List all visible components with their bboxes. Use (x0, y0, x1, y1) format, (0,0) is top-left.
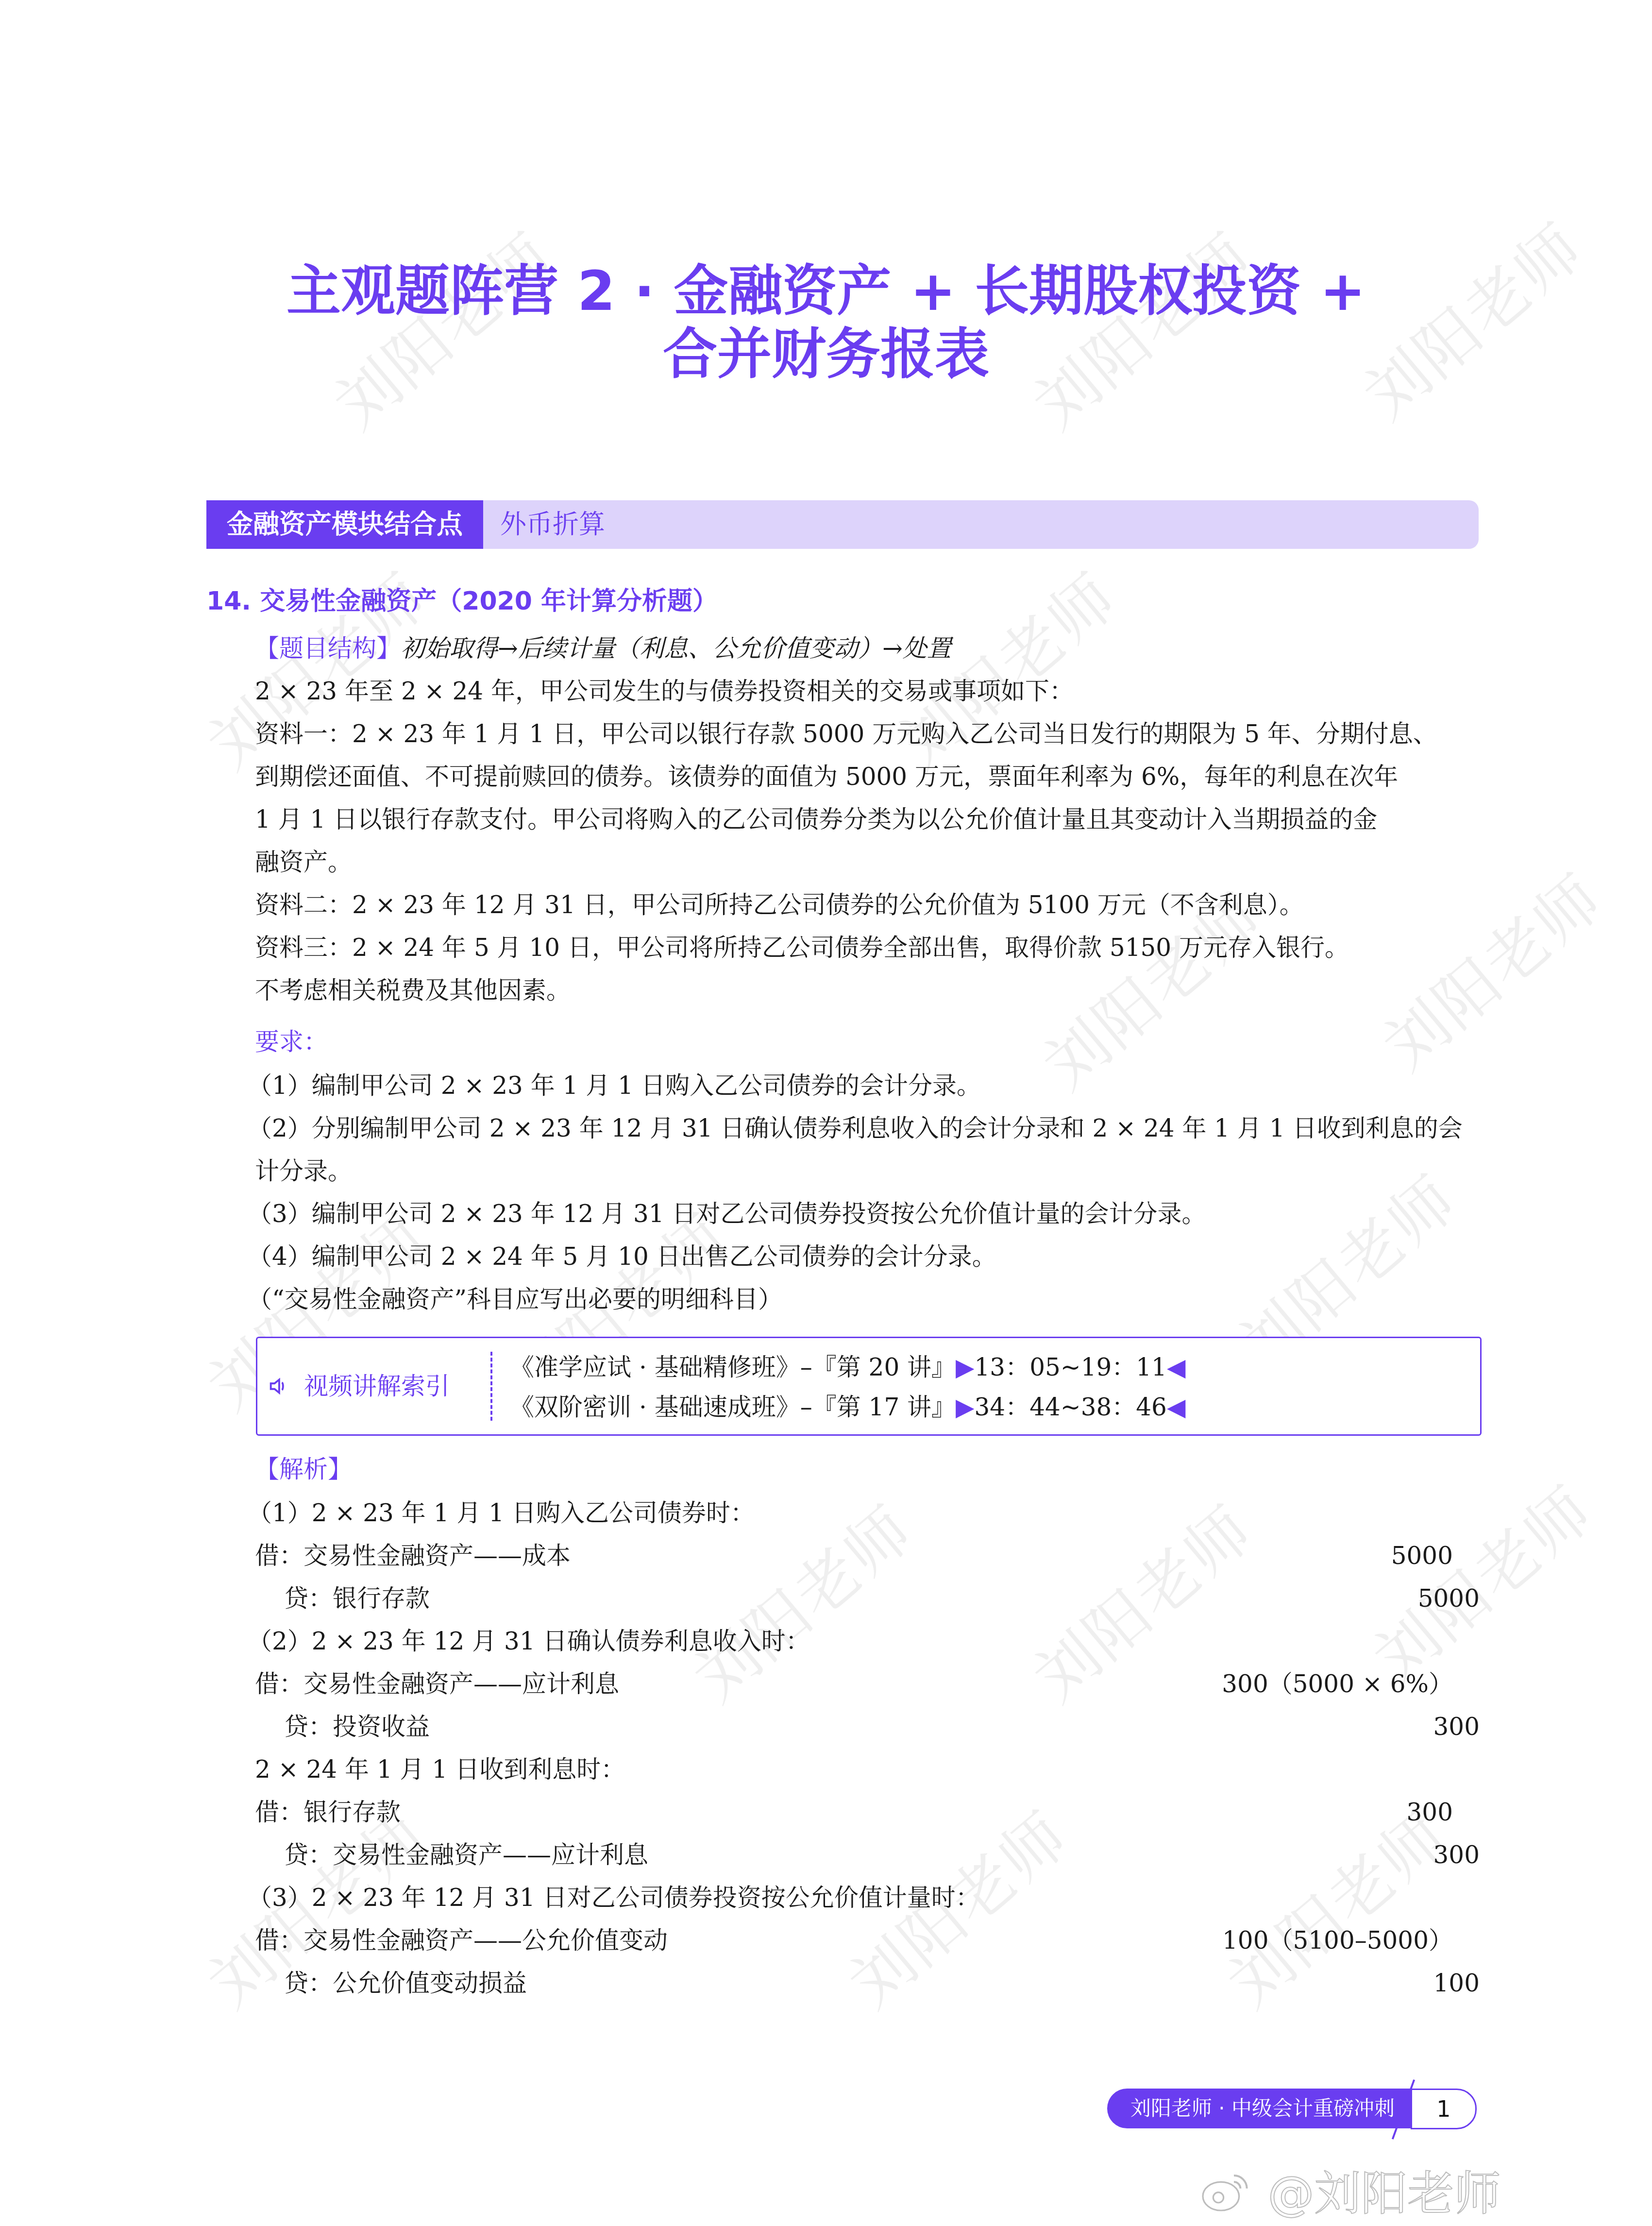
analysis-row: （1）2 × 23 年 1 月 1 日购入乙公司债券时： (248, 1498, 755, 1528)
watermark: 刘阳老师 (876, 549, 1133, 786)
requirement-item: （4）编制甲公司 2 × 24 年 5 月 10 日出售乙公司债券的会计分录。 (248, 1242, 996, 1271)
weibo-watermark: @刘阳老师 (1199, 2157, 1501, 2223)
video-course: 《双阶密训 · 基础速成班》–『第 17 讲』 (510, 1393, 956, 1421)
journal-debit: 借：交易性金融资产——应计利息 (255, 1669, 619, 1699)
journal-amount: 300 (1407, 1798, 1453, 1827)
section-tag: 金融资产模块结合点 (206, 500, 483, 549)
question-structure: 【题目结构】初始取得→后续计量（利息、公允价值变动）→处置 (255, 634, 951, 663)
weibo-handle: @刘阳老师 (1268, 2166, 1501, 2221)
video-time: 34：44~38：46 (975, 1393, 1167, 1421)
journal-amount: 300 (1433, 1712, 1480, 1741)
analysis-row: （3）2 × 23 年 12 月 31 日对乙公司债券投资按公允价值计量时： (248, 1883, 980, 1912)
video-ref[interactable]: 《准学应试 · 基础精修班》–『第 20 讲』▶13：05~19：11◀ (510, 1353, 1185, 1382)
structure-label: 【题目结构】 (255, 634, 401, 663)
video-index-text: 视频讲解索引 (304, 1372, 450, 1400)
requirement-note: （“交易性金融资产”科目应写出必要的明细科目） (248, 1285, 782, 1314)
material1-line: 到期偿还面值、不可提前赎回的债券。该债券的面值为 5000 万元，票面年利率为 … (255, 762, 1398, 791)
video-ref[interactable]: 《双阶密训 · 基础速成班》–『第 17 讲』▶34：44~38：46◀ (510, 1393, 1185, 1422)
section-bar: 金融资产模块结合点 外币折算 (206, 500, 1479, 549)
analysis-row: （2）2 × 23 年 12 月 31 日确认债券利息收入时： (248, 1627, 810, 1656)
triangle-left-icon: ◀ (1167, 1393, 1185, 1421)
structure-text: 初始取得→后续计量（利息、公允价值变动）→处置 (401, 634, 951, 663)
dashed-divider (490, 1352, 492, 1421)
journal-amount: 5000 (1418, 1584, 1480, 1613)
material3: 资料三：2 × 24 年 5 月 10 日，甲公司将所持乙公司债券全部出售，取得… (255, 933, 1349, 962)
question-intro: 2 × 23 年至 2 × 24 年，甲公司发生的与债券投资相关的交易或事项如下… (255, 677, 1074, 706)
requirements-label: 要求： (255, 1027, 328, 1056)
document-page: 刘阳老师 刘阳老师 刘阳老师 刘阳老师 刘阳老师 刘阳老师 刘阳老师 刘阳老师 … (0, 0, 1652, 2226)
page-title-line1: 主观题阵营 2 · 金融资产 + 长期股权投资 + (0, 257, 1652, 325)
journal-credit: 贷：银行存款 (284, 1584, 430, 1613)
requirement-item: （1）编制甲公司 2 × 23 年 1 月 1 日购入乙公司债券的会计分录。 (248, 1071, 981, 1100)
requirement-item: （3）编制甲公司 2 × 23 年 12 月 31 日对乙公司债券投资按公允价值… (248, 1199, 1206, 1228)
footer-book-title: 刘阳老师 · 中级会计重磅冲刺 (1107, 2089, 1418, 2128)
watermark: 刘阳老师 (1361, 850, 1619, 1087)
journal-amount: 100（5100–5000） (1222, 1926, 1453, 1955)
requirement-item: （2）分别编制甲公司 2 × 23 年 12 月 31 日确认债券利息收入的会计… (248, 1114, 1463, 1143)
watermark: 刘阳老师 (1351, 1462, 1609, 1699)
page-number: 1 (1411, 2089, 1477, 2129)
analysis-label: 【解析】 (255, 1455, 352, 1484)
journal-credit: 贷：投资收益 (284, 1712, 430, 1741)
material1-line: 融资产。 (255, 848, 352, 877)
journal-amount: 300（5000 × 6%） (1222, 1669, 1453, 1699)
weibo-logo-icon (1199, 2166, 1268, 2221)
page-title-line2: 合并财务报表 (0, 321, 1652, 389)
video-index-box: 视频讲解索引 《准学应试 · 基础精修班》–『第 20 讲』▶13：05~19：… (256, 1337, 1482, 1436)
video-time: 13：05~19：11 (975, 1353, 1167, 1381)
analysis-row: 2 × 24 年 1 月 1 日收到利息时： (255, 1755, 625, 1784)
journal-amount: 100 (1433, 1969, 1480, 1998)
play-triangle-icon: ▶ (956, 1393, 974, 1421)
journal-credit: 贷：交易性金融资产——应计利息 (284, 1840, 648, 1869)
material2: 资料二：2 × 23 年 12 月 31 日，甲公司所持乙公司债券的公允价值为 … (255, 890, 1304, 919)
journal-debit: 借：银行存款 (255, 1798, 401, 1827)
journal-debit: 借：交易性金融资产——成本 (255, 1541, 571, 1570)
triangle-left-icon: ◀ (1167, 1353, 1185, 1381)
video-index-label[interactable]: 视频讲解索引 (267, 1338, 450, 1434)
question-title: 14. 交易性金融资产（2020 年计算分析题） (206, 580, 718, 617)
play-triangle-icon: ▶ (956, 1353, 974, 1381)
journal-credit: 贷：公允价值变动损益 (284, 1969, 527, 1998)
speaker-icon (267, 1372, 304, 1400)
section-subtitle: 外币折算 (500, 500, 605, 549)
material1-line: 资料一：2 × 23 年 1 月 1 日，甲公司以银行存款 5000 万元购入乙… (255, 719, 1437, 748)
journal-amount: 5000 (1391, 1541, 1453, 1570)
material1-line: 1 月 1 日以银行存款支付。甲公司将购入的乙公司债券分类为以公允价值计量且其变… (255, 805, 1377, 834)
requirement-item: 计分录。 (255, 1156, 352, 1186)
journal-amount: 300 (1433, 1840, 1480, 1869)
question-note: 不考虑相关税费及其他因素。 (255, 976, 571, 1005)
video-course: 《准学应试 · 基础精修班》–『第 20 讲』 (510, 1353, 956, 1381)
journal-debit: 借：交易性金融资产——公允价值变动 (255, 1926, 668, 1955)
